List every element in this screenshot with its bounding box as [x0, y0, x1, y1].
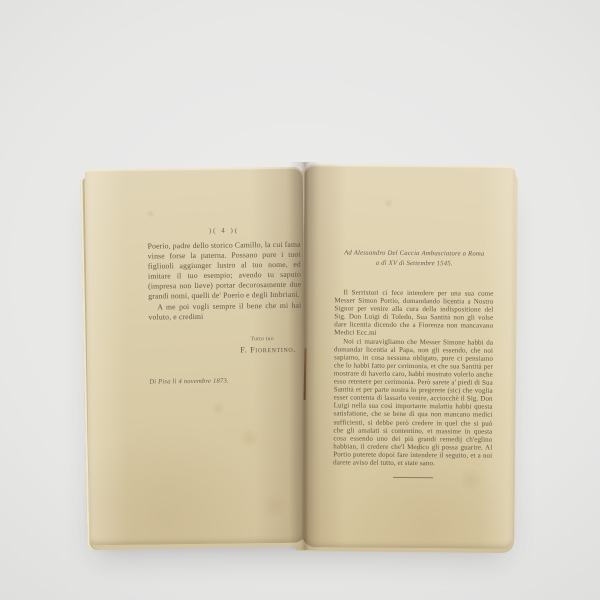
letter-heading-line1: Ad Alessandro Del Caccia Ambasciatore a … — [335, 248, 494, 259]
page-number: )( 4 )( — [147, 225, 300, 237]
letter-paragraph: Il Serristori ci fece intendere per una … — [334, 288, 493, 338]
letter-heading-line2: a dì XV di Settembre 1545. — [335, 258, 494, 269]
right-page: Ad Alessandro Del Caccia Ambasciatore a … — [301, 164, 515, 549]
closing-paragraph: A me poi vogli sempre il bene che mi hai… — [148, 301, 301, 323]
valediction: Tutto tuo — [149, 334, 296, 346]
author-signature: F. Fiorentino. — [149, 345, 296, 357]
open-book: )( 4 )( Poerio, padre dello storico Cami… — [84, 160, 516, 552]
letter-paragraph: Noi ci maravigliamo che Messer Simone ha… — [333, 337, 493, 468]
dateline: Di Pisa lì 4 novembre 1873. — [149, 376, 302, 388]
left-page-text-block: )( 4 )( Poerio, padre dello storico Cami… — [147, 225, 302, 388]
signature-block: Tutto tuo F. Fiorentino. — [149, 334, 302, 357]
photo-background: )( 4 )( Poerio, padre dello storico Cami… — [0, 0, 600, 600]
letter-heading: Ad Alessandro Del Caccia Ambasciatore a … — [335, 248, 494, 268]
dedication-paragraph: Poerio, padre dello storico Camillo, la … — [148, 240, 302, 302]
section-divider-rule — [393, 477, 433, 478]
left-page: )( 4 )( Poerio, padre dello storico Cami… — [85, 167, 308, 546]
right-page-text-block: Ad Alessandro Del Caccia Ambasciatore a … — [333, 248, 494, 478]
